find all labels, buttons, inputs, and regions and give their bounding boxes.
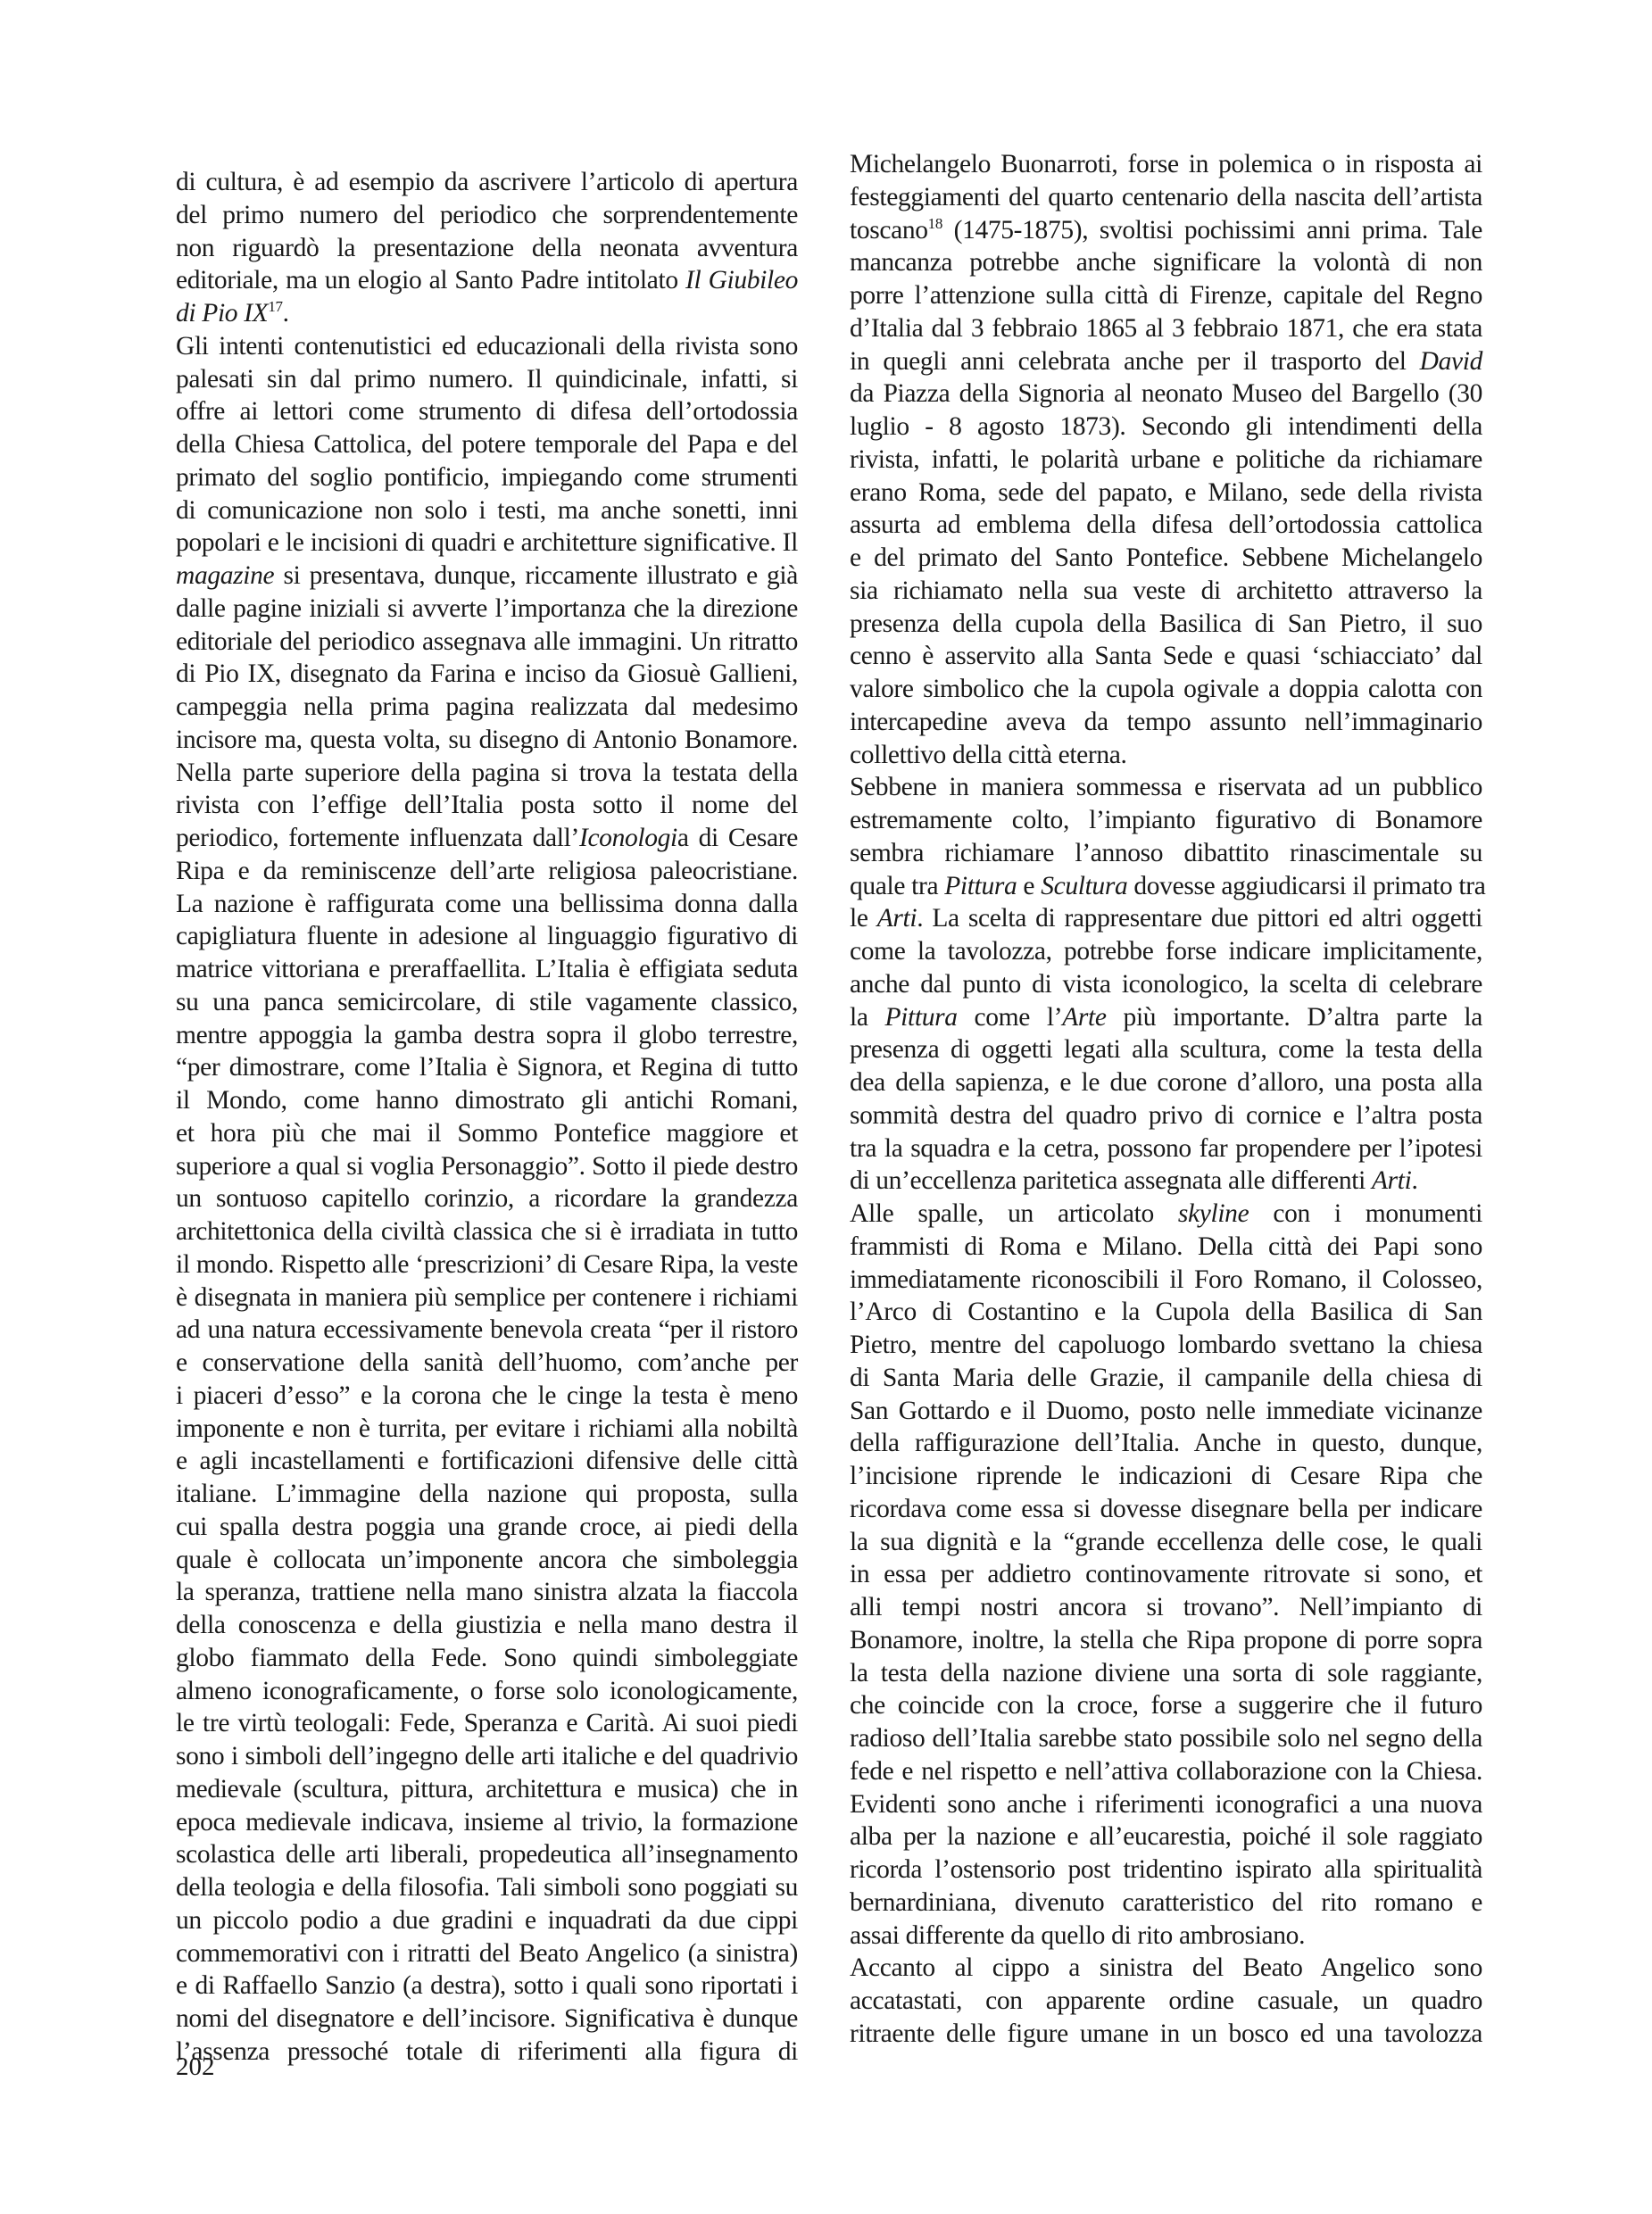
text-line: campeggia nella prima pagina realizzata … xyxy=(176,691,798,724)
text-line: sia richiamato nella sua veste di archit… xyxy=(850,575,1482,608)
text-line: nomi del disegnatore e dell’incisore. Si… xyxy=(176,2003,798,2036)
text-line: rivista, infatti, le polarità urbane e p… xyxy=(850,444,1482,477)
italic-term: Pittura xyxy=(885,1003,958,1032)
text-line: imponente e non è turrita, per evitare i… xyxy=(176,1413,798,1446)
text-line: sommità destra del quadro privo di corni… xyxy=(850,1099,1482,1132)
text-line: il mondo. Rispetto alle ‘prescrizioni’ d… xyxy=(176,1248,798,1281)
text-line: collettivo della città eterna. xyxy=(850,739,1482,772)
text-line: l’incisione riprende le indicazioni di C… xyxy=(850,1460,1482,1493)
text-line: scolastica delle arti liberali, propedeu… xyxy=(176,1838,798,1871)
text-line: dalle pagine iniziali si avverte l’impor… xyxy=(176,593,798,626)
text-line: matrice vittoriana e preraffaellita. L’I… xyxy=(176,953,798,986)
text-line: capigliatura fluente in adesione al ling… xyxy=(176,920,798,953)
text-line: un piccolo podio a due gradini e inquadr… xyxy=(176,1904,798,1937)
text-line: cui spalla destra poggia una grande croc… xyxy=(176,1511,798,1544)
text-line: quale tra Pittura e Scultura dovesse agg… xyxy=(850,870,1482,903)
text-line: commemorativi con i ritratti del Beato A… xyxy=(176,1937,798,1970)
text-line: di Pio IX, disegnato da Farina e inciso … xyxy=(176,658,798,691)
text-line: su una panca semicircolare, di stile vag… xyxy=(176,986,798,1019)
text-line: frammisti di Roma e Milano. Della città … xyxy=(850,1231,1482,1264)
text-line: come la tavolozza, potrebbe forse indica… xyxy=(850,935,1482,968)
text-line: Evidenti sono anche i riferimenti iconog… xyxy=(850,1788,1482,1821)
text-line: accatastati, con apparente ordine casual… xyxy=(850,1985,1482,2018)
page-number: 202 xyxy=(176,2052,215,2082)
italic-term: David xyxy=(1420,347,1482,376)
text-line: sono i simboli dell’ingegno delle arti i… xyxy=(176,1740,798,1773)
text-line: assurta ad emblema della difesa dell’ort… xyxy=(850,509,1482,542)
text-line: festeggiamenti del quarto centenario del… xyxy=(850,181,1482,214)
text-line: italiane. L’immagine della nazione qui p… xyxy=(176,1478,798,1511)
text-line: e conservatione della sanità dell’huomo,… xyxy=(176,1347,798,1380)
text-line: globo fiammato della Fede. Sono quindi s… xyxy=(176,1642,798,1675)
text-line: epoca medievale indicava, insieme al tri… xyxy=(176,1806,798,1839)
text-line: di cultura, è ad esempio da ascrivere l’… xyxy=(176,166,798,199)
text-line: palesati sin dal primo numero. Il quindi… xyxy=(176,363,798,396)
italic-term: Arti xyxy=(1372,1166,1412,1195)
text-line: et hora più che mai il Sommo Pontefice m… xyxy=(176,1117,798,1150)
italic-term: Arti xyxy=(877,904,917,933)
document-page: di cultura, è ad esempio da ascrivere l’… xyxy=(0,0,1652,2214)
text-line: Accanto al cippo a sinistra del Beato An… xyxy=(850,1952,1482,1985)
footnote-reference[interactable]: 18 xyxy=(928,215,942,232)
italic-term: Il Giubileo xyxy=(685,266,798,294)
text-line: della Chiesa Cattolica, del potere tempo… xyxy=(176,428,798,461)
text-line: mancanza potrebbe anche significare la v… xyxy=(850,246,1482,279)
text-line: almeno iconograficamente, o forse solo i… xyxy=(176,1675,798,1708)
text-line: è disegnata in maniera più semplice per … xyxy=(176,1281,798,1314)
text-line: luglio - 8 agosto 1873). Secondo gli int… xyxy=(850,410,1482,444)
text-line: della teologia e della filosofia. Tali s… xyxy=(176,1871,798,1904)
text-line: e di Raffaello Sanzio (a destra), sotto … xyxy=(176,1969,798,2003)
text-line: non riguardò la presentazione della neon… xyxy=(176,232,798,265)
text-line: la speranza, trattiene nella mano sinist… xyxy=(176,1576,798,1609)
text-line: cenno è asservito alla Santa Sede e quas… xyxy=(850,640,1482,673)
left-text-column: di cultura, è ad esempio da ascrivere l’… xyxy=(176,166,798,2069)
text-line: porre l’attenzione sulla città di Firenz… xyxy=(850,279,1482,312)
text-line: sembra richiamare l’annoso dibattito rin… xyxy=(850,837,1482,870)
italic-term: Iconologi xyxy=(579,824,677,852)
text-line: La nazione è raffigurata come una bellis… xyxy=(176,888,798,921)
text-line: tra la squadra e la cetra, possono far p… xyxy=(850,1132,1482,1165)
text-line: superiore a qual si voglia Personaggio”.… xyxy=(176,1150,798,1183)
text-line: Nella parte superiore della pagina si tr… xyxy=(176,757,798,790)
text-line: editoriale del periodico assegnava alle … xyxy=(176,626,798,659)
text-line: della conoscenza e della giustizia e nel… xyxy=(176,1609,798,1642)
text-line: assai differente da quello di rito ambro… xyxy=(850,1920,1482,1953)
text-line: ad una natura eccessivamente benevola cr… xyxy=(176,1314,798,1347)
text-line: alli tempi nostri ancora si trovano”. Ne… xyxy=(850,1591,1482,1624)
text-line: Bonamore, inoltre, la stella che Ripa pr… xyxy=(850,1624,1482,1657)
text-line: Gli intenti contenutistici ed educaziona… xyxy=(176,330,798,363)
text-line: la testa della nazione diviene una sorta… xyxy=(850,1657,1482,1690)
text-line: intercapedine aveva da tempo assunto nel… xyxy=(850,706,1482,739)
footnote-reference[interactable]: 17 xyxy=(268,298,282,315)
text-line: da Piazza della Signoria al neonato Muse… xyxy=(850,377,1482,410)
text-line: di Santa Maria delle Grazie, il campanil… xyxy=(850,1362,1482,1395)
italic-term: magazine xyxy=(176,561,274,590)
text-line: quale è collocata un’imponente ancora ch… xyxy=(176,1544,798,1577)
text-line: ricordava come essa si dovesse disegnare… xyxy=(850,1493,1482,1526)
text-line: d’Italia dal 3 febbraio 1865 al 3 febbra… xyxy=(850,312,1482,345)
text-line: del primo numero del periodico che sorpr… xyxy=(176,199,798,232)
text-line: periodico, fortemente influenzata dall’I… xyxy=(176,822,798,855)
text-line: incisore ma, questa volta, su disegno di… xyxy=(176,724,798,757)
text-line: l’Arco di Costantino e la Cupola della B… xyxy=(850,1296,1482,1329)
text-line: “per dimostrare, come l’Italia è Signora… xyxy=(176,1051,798,1084)
text-line: i piaceri d’esso” e la corona che le cin… xyxy=(176,1380,798,1413)
text-line: l’assenza pressoché totale di riferiment… xyxy=(176,2036,798,2069)
text-line: San Gottardo e il Duomo, posto nelle imm… xyxy=(850,1395,1482,1428)
text-line: presenza di oggetti legati alla scultura… xyxy=(850,1033,1482,1066)
text-line: popolari e le incisioni di quadri e arch… xyxy=(176,527,798,560)
italic-term: Pittura xyxy=(944,872,1017,900)
text-line: di un’eccellenza paritetica assegnata al… xyxy=(850,1165,1482,1198)
text-line: in essa per addietro continovamente ritr… xyxy=(850,1558,1482,1591)
text-line: di comunicazione non solo i testi, ma an… xyxy=(176,494,798,527)
text-line: mentre appoggia la gamba destra sopra il… xyxy=(176,1019,798,1052)
text-line: che coincide con la croce, forse a sugge… xyxy=(850,1689,1482,1722)
text-line: Sebbene in maniera sommessa e riservata … xyxy=(850,771,1482,804)
italic-term: Scultura xyxy=(1041,872,1127,900)
italic-term: Arte xyxy=(1062,1003,1106,1032)
text-line: Pietro, mentre del capoluogo lombardo sv… xyxy=(850,1329,1482,1362)
text-line: e agli incastellamenti e fortificazioni … xyxy=(176,1445,798,1478)
text-line: e del primato del Santo Pontefice. Sebbe… xyxy=(850,542,1482,575)
text-line: editoriale, ma un elogio al Santo Padre … xyxy=(176,264,798,297)
text-line: alba per la nazione e all’eucarestia, po… xyxy=(850,1820,1482,1853)
text-line: Michelangelo Buonarroti, forse in polemi… xyxy=(850,148,1482,181)
text-line: erano Roma, sede del papato, e Milano, s… xyxy=(850,477,1482,510)
text-line: dea della sapienza, e le due corone d’al… xyxy=(850,1066,1482,1099)
text-line: il Mondo, come hanno dimostrato gli anti… xyxy=(176,1084,798,1117)
text-line: primato del soglio pontificio, impiegand… xyxy=(176,461,798,494)
text-line: rivista con l’effige dell’Italia posta s… xyxy=(176,789,798,822)
text-line: magazine si presentava, dunque, riccamen… xyxy=(176,560,798,593)
text-line: anche dal punto di vista iconologico, la… xyxy=(850,968,1482,1001)
text-line: fede e nel rispetto e nell’attiva collab… xyxy=(850,1755,1482,1788)
text-line: Alle spalle, un articolato skyline con i… xyxy=(850,1198,1482,1231)
text-line: le tre virtù teologali: Fede, Speranza e… xyxy=(176,1707,798,1740)
text-line: offre ai lettori come strumento di difes… xyxy=(176,395,798,428)
text-line: presenza della cupola della Basilica di … xyxy=(850,608,1482,641)
right-text-column: Michelangelo Buonarroti, forse in polemi… xyxy=(850,148,1482,2051)
text-line: un sontuoso capitello corinzio, a ricord… xyxy=(176,1182,798,1215)
text-line: Ripa e da reminiscenze dell’arte religio… xyxy=(176,855,798,888)
text-line: architettonica della civiltà classica ch… xyxy=(176,1215,798,1248)
text-line: radioso dell’Italia sarebbe stato possib… xyxy=(850,1722,1482,1755)
text-line: valore simbolico che la cupola ogivale a… xyxy=(850,673,1482,706)
text-line: della raffigurazione dell’Italia. Anche … xyxy=(850,1427,1482,1460)
italic-term: skyline xyxy=(1178,1199,1249,1228)
text-line: la Pittura come l’Arte più importante. D… xyxy=(850,1001,1482,1034)
text-line: le Arti. La scelta di rappresentare due … xyxy=(850,902,1482,935)
text-line: ricorda l’ostensorio post tridentino isp… xyxy=(850,1853,1482,1886)
text-line: estremamente colto, l’impianto figurativ… xyxy=(850,804,1482,837)
text-line: in quegli anni celebrata anche per il tr… xyxy=(850,345,1482,378)
text-line: bernardiniana, divenuto caratteristico d… xyxy=(850,1886,1482,1920)
text-line: immediatamente riconoscibili il Foro Rom… xyxy=(850,1264,1482,1297)
text-line: ritraente delle figure umane in un bosco… xyxy=(850,2018,1482,2051)
text-line: toscano18 (1475-1875), svoltisi pochissi… xyxy=(850,214,1482,247)
text-line: medievale (scultura, pittura, architettu… xyxy=(176,1773,798,1806)
text-line: la sua dignità e la “grande eccellenza d… xyxy=(850,1526,1482,1559)
italic-term: di Pio IX xyxy=(176,299,268,328)
text-line: di Pio IX17. xyxy=(176,297,798,330)
